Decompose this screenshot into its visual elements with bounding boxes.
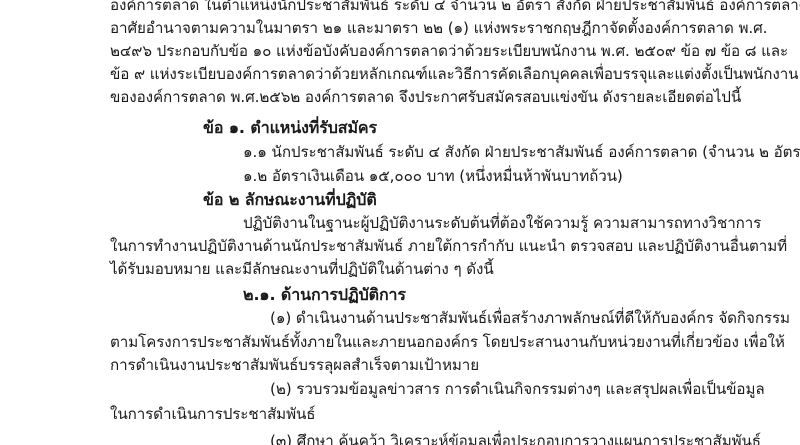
duty-1-line-3: การดำเนินงานประชาสัมพันธ์บรรลุผลสำเร็จตา… (110, 354, 479, 377)
duty-3-line-1: (๓) ศึกษา ค้นคว้า วิเคราะห์ข้อมูลเพื่อปร… (270, 430, 761, 445)
intro-line-2: อาศัยอำนาจตามความในมาตรา ๒๑ และมาตรา ๒๒ … (110, 17, 695, 40)
section-2-paragraph-line-2: ในการทำงานปฏิบัติงานด้านนักประชาสัมพันธ์… (110, 235, 695, 258)
section-2-paragraph-line-3: ได้รับมอบหมาย และมีลักษณะงานที่ปฏิบัติใน… (110, 258, 494, 281)
section-1-item-2: ๑.๒ อัตราเงินเดือน ๑๕,๐๐๐ บาท (หนึ่งหมื่… (243, 165, 623, 188)
section-1-item-1: ๑.๑ นักประชาสัมพันธ์ ระดับ ๔ สังกัด ฝ่าย… (243, 141, 800, 164)
intro-line-1: องค์การตลาด ในตำแหน่งนักประชาสัมพันธ์ ระ… (110, 0, 695, 17)
intro-line-3: ๒๔๙๖ ประกอบกับข้อ ๑๐ แห่งข้อบังคับองค์กา… (110, 40, 695, 63)
duty-2-line-1: (๒) รวบรวมข้อมูลข่าวสาร การดำเนินกิจกรรม… (270, 378, 765, 401)
duty-2-line-2: ในการดำเนินการประชาสัมพันธ์ (110, 403, 315, 426)
section-2-paragraph-line-1: ปฏิบัติงานในฐานะผู้ปฏิบัติงานระดับต้นที่… (243, 212, 761, 235)
intro-line-5: ขององค์การตลาด พ.ศ.๒๕๖๒ องค์การตลาด จึงป… (110, 86, 741, 109)
duty-1-line-2: ตามโครงการประชาสัมพันธ์ทั้งภายในและภายนอ… (110, 331, 695, 354)
subsection-2-1-heading: ๒.๑. ด้านการปฏิบัติการ (243, 283, 406, 306)
section-1-heading: ข้อ ๑. ตำแหน่งที่รับสมัคร (203, 116, 377, 139)
document-page: องค์การตลาด ในตำแหน่งนักประชาสัมพันธ์ ระ… (0, 0, 800, 445)
section-2-heading: ข้อ ๒ ลักษณะงานที่ปฏิบัติ (203, 188, 377, 211)
duty-1-line-1: (๑) ดำเนินงานด้านประชาสัมพันธ์เพื่อสร้าง… (270, 307, 790, 330)
intro-line-4: ข้อ ๙ แห่งระเบียบองค์การตลาดว่าด้วยหลักเ… (110, 63, 695, 86)
